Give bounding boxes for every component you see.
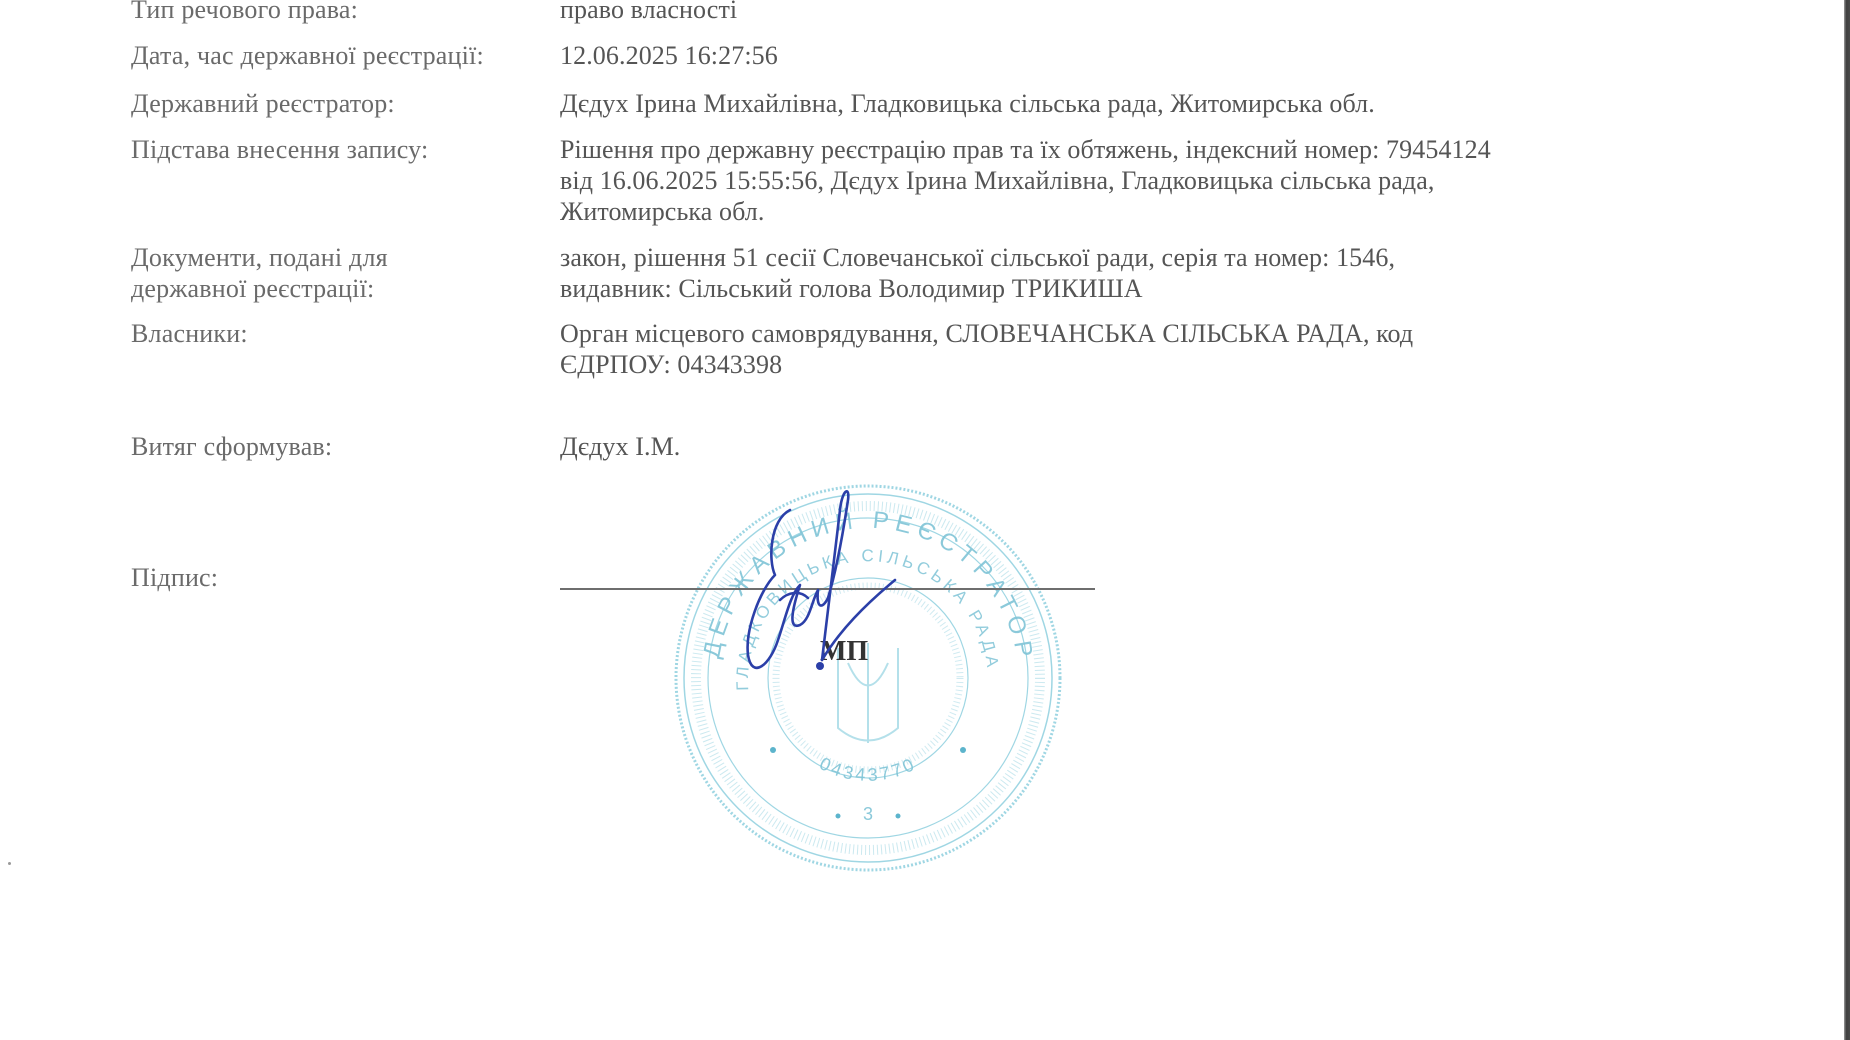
value-line: ЄДРПОУ: 04343398	[560, 349, 1700, 380]
value-line: від 16.06.2025 15:55:56, Дєдух Ірина Мих…	[560, 165, 1700, 196]
value-line: Рішення про державну реєстрацію прав та …	[560, 134, 1700, 165]
value-line: Дєдух Ірина Михайлівна, Гладковицька сіл…	[560, 88, 1700, 119]
handwritten-signature-icon	[730, 480, 910, 690]
document-page: Тип речового права: право власності Дата…	[0, 0, 1850, 1040]
label-registrar: Державний реєстратор:	[131, 88, 551, 119]
value-documents: закон, рішення 51 сесії Словечанської сі…	[560, 242, 1700, 304]
value-registration-date: 12.06.2025 16:27:56	[560, 40, 1700, 71]
label-signature: Підпис:	[131, 562, 551, 593]
label-line: державної реєстрації:	[131, 273, 551, 304]
label-formed-by: Витяг сформував:	[131, 431, 551, 462]
stamp-code: 04343770	[816, 753, 919, 785]
label-documents: Документи, подані для державної реєстрац…	[131, 242, 551, 304]
label-right-type: Тип речового права:	[131, 0, 551, 25]
stamp-number: 3	[863, 804, 873, 824]
value-owners: Орган місцевого самоврядування, СЛОВЕЧАН…	[560, 318, 1700, 380]
svg-text:04343770: 04343770	[816, 753, 919, 785]
value-basis: Рішення про державну реєстрацію прав та …	[560, 134, 1700, 227]
scan-speck	[8, 862, 11, 865]
value-line: право власності	[560, 0, 1700, 25]
value-registrar: Дєдух Ірина Михайлівна, Гладковицька сіл…	[560, 88, 1700, 119]
label-owners: Власники:	[131, 318, 551, 349]
value-line: Орган місцевого самоврядування, СЛОВЕЧАН…	[560, 318, 1700, 349]
value-line: видавник: Сільський голова Володимир ТРИ…	[560, 273, 1700, 304]
label-registration-date: Дата, час державної реєстрації:	[131, 40, 551, 71]
value-formed-by: Дєдух І.М.	[560, 431, 1700, 462]
value-line: закон, рішення 51 сесії Словечанської сі…	[560, 242, 1700, 273]
value-right-type: право власності	[560, 0, 1700, 25]
label-line: Документи, подані для	[131, 242, 551, 273]
scan-edge-bar	[1844, 0, 1850, 1040]
label-basis: Підстава внесення запису:	[131, 134, 551, 165]
value-line: Житомирська обл.	[560, 196, 1700, 227]
value-line: 12.06.2025 16:27:56	[560, 40, 1700, 71]
